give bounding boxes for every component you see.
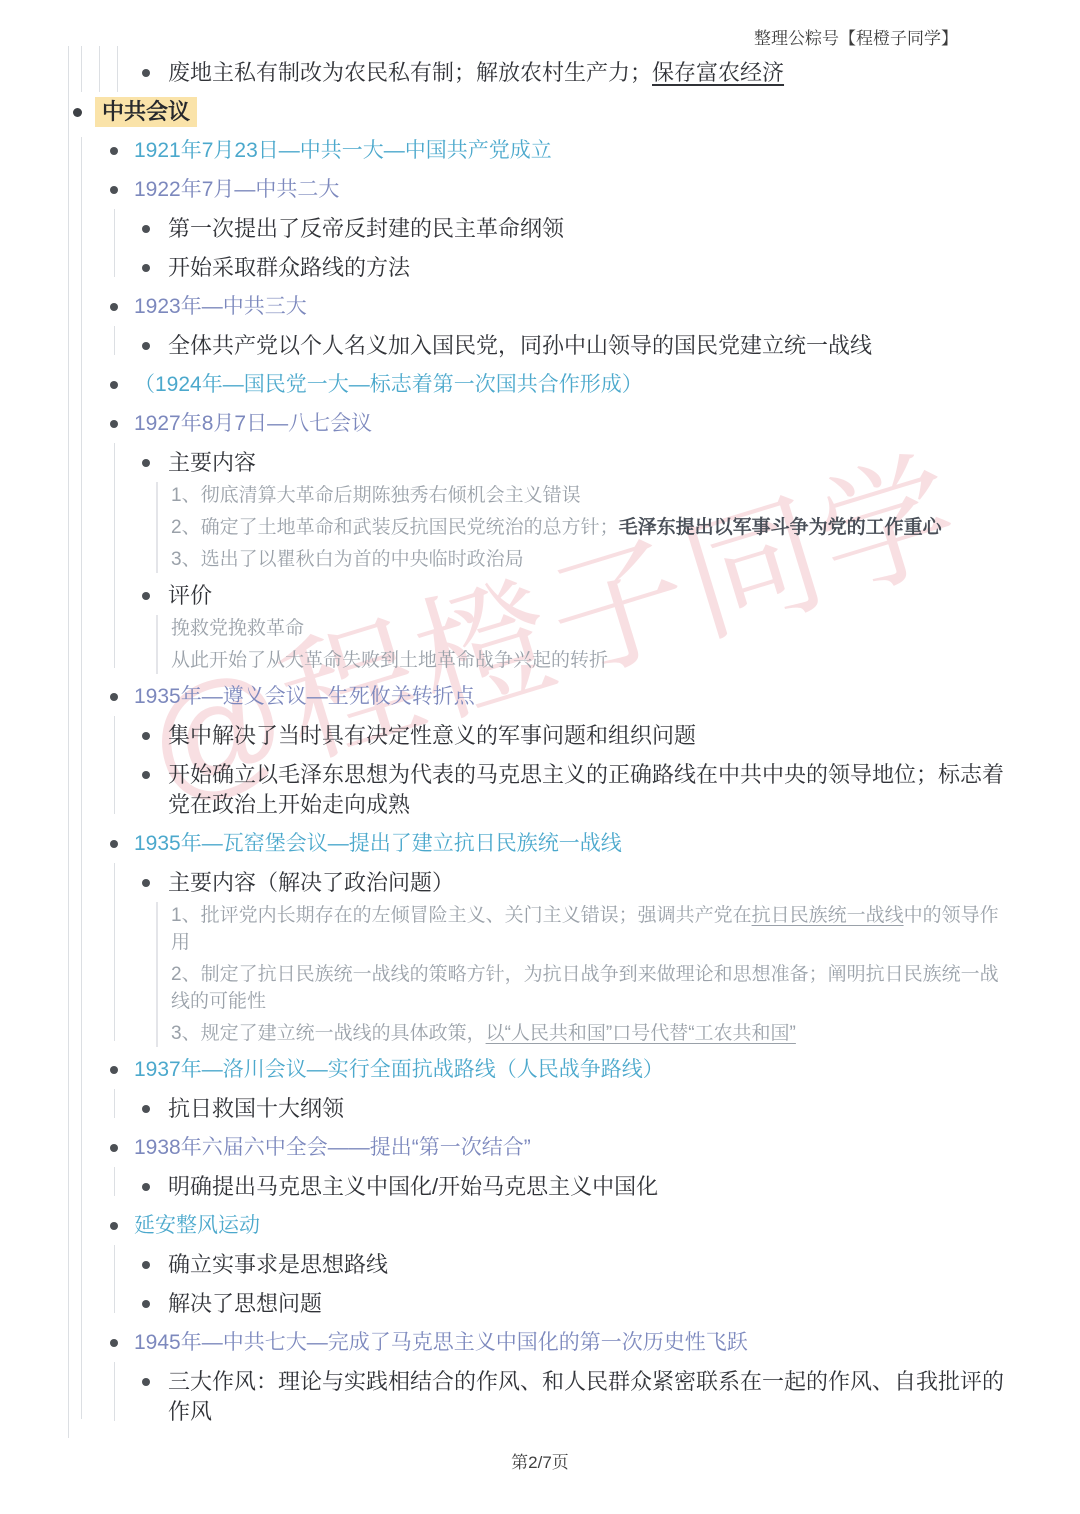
bullet-dot <box>142 1183 150 1191</box>
outline-item: 明确提出马克思主义中国化/开始马克思主义中国化 <box>0 1172 1010 1202</box>
bullet-dot <box>142 1261 150 1269</box>
indent-guide-line <box>114 863 115 1041</box>
bullet-dot <box>142 879 150 887</box>
outline-item: 开始采取群众路线的方法 <box>0 253 1010 283</box>
indent-guide-line <box>114 1089 115 1118</box>
outline-item-text: 延安整风运动 <box>134 1211 260 1241</box>
outline: 废地主私有制改为农民私有制；解放农村生产力；保存富农经济 中共会议 1921年7… <box>0 0 1080 1427</box>
outline-group-1922: 1922年7月—中共二大 第一次提出了反帝反封建的民主革命纲领 开始采取群众路线… <box>0 175 1080 283</box>
bullet-dot <box>110 420 118 428</box>
carryover-underlined-text: 保存富农经济 <box>652 60 784 85</box>
note-line: 2、制定了抗日民族统一战线的策略方针，为抗日战争到来做理论和思想准备；阐明抗日民… <box>171 961 1010 1015</box>
bullet-dot <box>110 840 118 848</box>
indent-guide-line <box>114 209 115 277</box>
bullet-dot <box>142 771 150 779</box>
indent-guide-line <box>114 1245 115 1313</box>
indent-guide-line <box>114 1167 115 1196</box>
bullet-dot <box>142 732 150 740</box>
note-line: 2、确定了土地革命和武装反抗国民党统治的总方针；毛泽东提出以军事斗争为党的工作重… <box>171 514 1010 541</box>
outline-item-text: 1935年—瓦窑堡会议—提出了建立抗日民族统一战线 <box>134 829 622 859</box>
bullet-dot <box>110 381 118 389</box>
note-text: 3、规定了建立统一战线的具体政策， <box>171 1023 486 1044</box>
outline-item-text: 集中解决了当时具有决定性意义的军事问题和组织问题 <box>168 721 696 751</box>
outline-group-1935-wayaobu: 1935年—瓦窑堡会议—提出了建立抗日民族统一战线 主要内容（解决了政治问题） … <box>0 829 1080 1047</box>
indent-guide-line <box>114 716 115 814</box>
outline-item-text: （1924年—国民党一大—标志着第一次国共合作形成） <box>134 370 643 400</box>
outline-item-1935-zunyi: 1935年—遵义会议—生死攸关转折点 <box>0 682 1010 712</box>
outline-item: 集中解决了当时具有决定性意义的军事问题和组织问题 <box>0 721 1010 751</box>
outline-group-1927: 1927年8月7日—八七会议 主要内容 1、彻底清算大革命后期陈独秀右倾机会主义… <box>0 409 1080 674</box>
bullet-dot <box>142 1105 150 1113</box>
note-underlined-text: 抗日民族统一战线 <box>752 905 904 926</box>
section-title-row: 中共会议 <box>0 97 1010 127</box>
outline-group-1937: 1937年—洛川会议—实行全面抗战路线（人民战争路线） 抗日救国十大纲领 <box>0 1055 1080 1124</box>
bullet-dot <box>110 186 118 194</box>
outline-item: 评价 <box>0 581 1010 611</box>
bullet-dot <box>110 147 118 155</box>
outline-item-text: 1922年7月—中共二大 <box>134 175 339 205</box>
outline-item: 第一次提出了反帝反封建的民主革命纲领 <box>0 214 1010 244</box>
bullet-dot <box>142 69 150 77</box>
outline-item-carryover: 废地主私有制改为农民私有制；解放农村生产力；保存富农经济 <box>0 58 1010 88</box>
bullet-dot <box>110 1222 118 1230</box>
bullet-dot <box>142 459 150 467</box>
note-line: 3、选出了以瞿秋白为首的中央临时政治局 <box>171 546 1010 573</box>
outline-item-text: 废地主私有制改为农民私有制；解放农村生产力；保存富农经济 <box>168 58 784 88</box>
outline-item: 全体共产党以个人名义加入国民党，同孙中山领导的国民党建立统一战线 <box>0 331 1010 361</box>
outline-item-text: 评价 <box>168 581 212 611</box>
outline-item-yanan: 延安整风运动 <box>0 1211 1010 1241</box>
outline-item-1927: 1927年8月7日—八七会议 <box>0 409 1010 439</box>
note-text: 2、确定了土地革命和武装反抗国民党统治的总方针； <box>171 517 619 538</box>
note-bold-text: 毛泽东提出以军事斗争为党的工作重心 <box>619 517 942 538</box>
outline-item-1923: 1923年—中共三大 <box>0 292 1010 322</box>
bullet-dot <box>110 1066 118 1074</box>
bullet-dot <box>142 264 150 272</box>
outline-group-yanan: 延安整风运动 确立实事求是思想路线 解决了思想问题 <box>0 1211 1080 1319</box>
outline-item-text: 明确提出马克思主义中国化/开始马克思主义中国化 <box>168 1172 658 1202</box>
outline-item-text: 主要内容（解决了政治问题） <box>168 868 454 898</box>
indent-guide-line <box>114 326 115 355</box>
outline-item-1945: 1945年—中共七大—完成了马克思主义中国化的第一次历史性飞跃 <box>0 1328 1010 1358</box>
outline-item-text: 1921年7月23日—中共一大—中国共产党成立 <box>134 136 552 166</box>
outline-item-text: 解决了思想问题 <box>168 1289 322 1319</box>
outline-item: 解决了思想问题 <box>0 1289 1010 1319</box>
bullet-dot <box>142 1378 150 1386</box>
page-number: 第2/7页 <box>0 1448 1080 1473</box>
outline-item: 主要内容 <box>0 448 1010 478</box>
section-group: 中共会议 1921年7月23日—中共一大—中国共产党成立 1922年7月—中共二… <box>0 97 1080 1427</box>
outline-item-text: 1935年—遵义会议—生死攸关转折点 <box>134 682 475 712</box>
note-underlined-text: 以“人民共和国”口号代替“工农共和国” <box>486 1023 796 1044</box>
bullet-dot <box>142 342 150 350</box>
note-line: 1、彻底清算大革命后期陈独秀右倾机会主义错误 <box>171 482 1010 509</box>
outline-item: 抗日救国十大纲领 <box>0 1094 1010 1124</box>
section-title: 中共会议 <box>95 97 197 127</box>
note-line: 挽救党挽救革命 <box>171 615 1010 642</box>
outline-item-text: 第一次提出了反帝反封建的民主革命纲领 <box>168 214 564 244</box>
indent-guide-line <box>114 443 115 668</box>
note-block: 1、彻底清算大革命后期陈独秀右倾机会主义错误 2、确定了土地革命和武装反抗国民党… <box>156 482 1010 573</box>
outline-item-text: 1927年8月7日—八七会议 <box>134 409 372 439</box>
outline-item-1935-wayaobu: 1935年—瓦窑堡会议—提出了建立抗日民族统一战线 <box>0 829 1010 859</box>
outline-group-1938: 1938年六届六中全会——提出“第一次结合” 明确提出马克思主义中国化/开始马克… <box>0 1133 1080 1202</box>
outline-item-text: 1945年—中共七大—完成了马克思主义中国化的第一次历史性飞跃 <box>134 1328 748 1358</box>
note-line: 1、批评党内长期存在的左倾冒险主义、关门主义错误；强调共产党在抗日民族统一战线中… <box>171 902 1010 956</box>
carryover-text: 废地主私有制改为农民私有制；解放农村生产力； <box>168 60 652 85</box>
indent-guide-line <box>114 1362 115 1421</box>
outline-item-text: 主要内容 <box>168 448 256 478</box>
outline-item-1937: 1937年—洛川会议—实行全面抗战路线（人民战争路线） <box>0 1055 1010 1085</box>
note-line: 从此开始了从大革命失败到土地革命战争兴起的转折 <box>171 647 1010 674</box>
note-block: 挽救党挽救革命 从此开始了从大革命失败到土地革命战争兴起的转折 <box>156 615 1010 674</box>
bullet-dot <box>142 592 150 600</box>
outline-item-text: 全体共产党以个人名义加入国民党，同孙中山领导的国民党建立统一战线 <box>168 331 872 361</box>
outline-item: 开始确立以毛泽东思想为代表的马克思主义的正确路线在中共中央的领导地位；标志着党在… <box>0 760 1010 820</box>
outline-item: 主要内容（解决了政治问题） <box>0 868 1010 898</box>
outline-item-text: 开始确立以毛泽东思想为代表的马克思主义的正确路线在中共中央的领导地位；标志着党在… <box>168 760 1010 820</box>
bullet-dot <box>142 1300 150 1308</box>
outline-group-1935-zunyi: 1935年—遵义会议—生死攸关转折点 集中解决了当时具有决定性意义的军事问题和组… <box>0 682 1080 820</box>
outline-group-1945: 1945年—中共七大—完成了马克思主义中国化的第一次历史性飞跃 三大作风：理论与… <box>0 1328 1080 1427</box>
note-text: 1、批评党内长期存在的左倾冒险主义、关门主义错误；强调共产党在 <box>171 905 752 926</box>
note-line: 3、规定了建立统一战线的具体政策，以“人民共和国”口号代替“工农共和国” <box>171 1020 1010 1047</box>
header-credit: 整理公粽号【程橙子同学】 <box>754 24 958 49</box>
bullet-dot <box>110 1339 118 1347</box>
document-page: 整理公粽号【程橙子同学】 @程橙子同学 废地主私有制改为农民私有制；解放农村生产… <box>0 0 1080 1514</box>
outline-item-1921: 1921年7月23日—中共一大—中国共产党成立 <box>0 136 1010 166</box>
outline-item-text: 1923年—中共三大 <box>134 292 307 322</box>
bullet-dot <box>110 303 118 311</box>
outline-item: 三大作风：理论与实践相结合的作风、和人民群众紧密联系在一起的作风、自我批评的作风 <box>0 1367 1010 1427</box>
bullet-dot <box>142 225 150 233</box>
outline-group-1923: 1923年—中共三大 全体共产党以个人名义加入国民党，同孙中山领导的国民党建立统… <box>0 292 1080 361</box>
outline-item-text: 抗日救国十大纲领 <box>168 1094 344 1124</box>
outline-item-1922: 1922年7月—中共二大 <box>0 175 1010 205</box>
bullet-dot <box>73 108 82 117</box>
outline-item-text: 三大作风：理论与实践相结合的作风、和人民群众紧密联系在一起的作风、自我批评的作风 <box>168 1367 1010 1427</box>
outline-item-1924: （1924年—国民党一大—标志着第一次国共合作形成） <box>0 370 1010 400</box>
outline-item-text: 1937年—洛川会议—实行全面抗战路线（人民战争路线） <box>134 1055 664 1085</box>
bullet-dot <box>110 693 118 701</box>
outline-item-text: 开始采取群众路线的方法 <box>168 253 410 283</box>
note-block: 1、批评党内长期存在的左倾冒险主义、关门主义错误；强调共产党在抗日民族统一战线中… <box>156 902 1010 1047</box>
outline-item-1938: 1938年六届六中全会——提出“第一次结合” <box>0 1133 1010 1163</box>
outline-item-text: 1938年六届六中全会——提出“第一次结合” <box>134 1133 531 1163</box>
outline-item: 确立实事求是思想路线 <box>0 1250 1010 1280</box>
outline-item-text: 确立实事求是思想路线 <box>168 1250 388 1280</box>
bullet-dot <box>110 1144 118 1152</box>
section-highlight: 中共会议 <box>95 97 197 127</box>
